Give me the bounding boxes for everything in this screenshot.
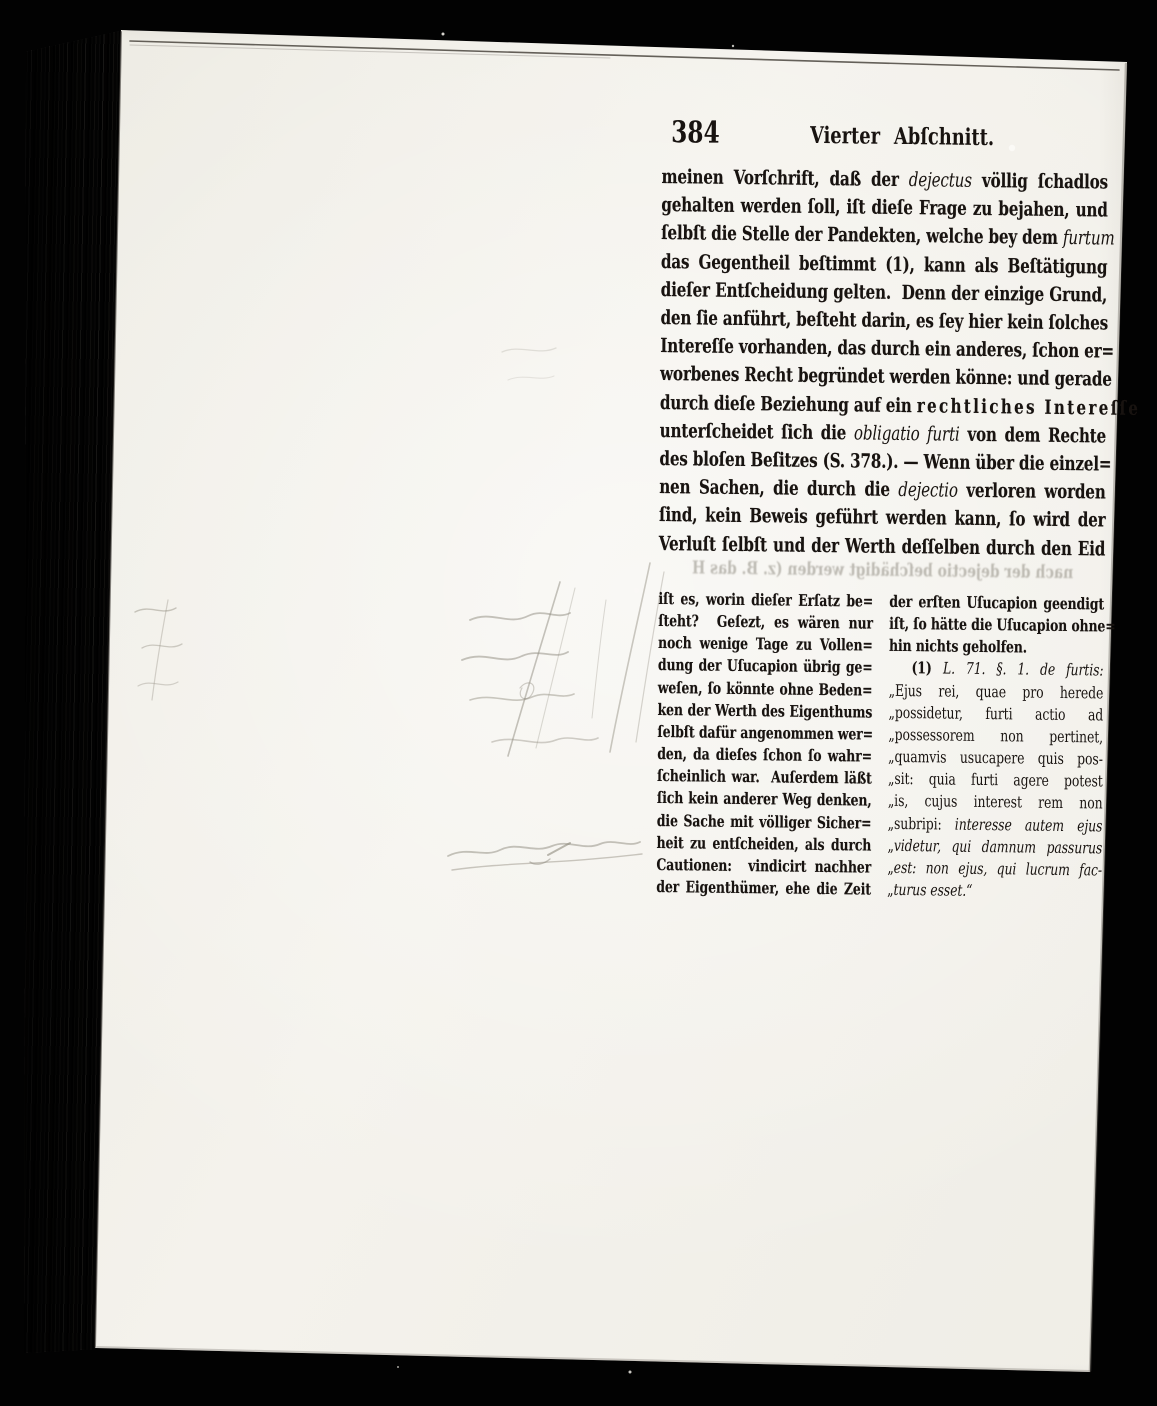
- text-segment: von dem Rechte: [960, 423, 1107, 448]
- text-segment: „possidetur, furti actio ad: [888, 703, 1103, 725]
- text-segment: durch dieſe Beziehung auf ein: [660, 391, 917, 417]
- text-segment: (1): [889, 658, 943, 678]
- text-segment: Intereſſe vorhanden, das durch ein ander…: [660, 334, 1114, 363]
- text-segment: interesse autem ejus: [955, 814, 1103, 835]
- text-segment: iſt es, worin dieſer Erſatz be=: [658, 589, 873, 611]
- text-line: ken der Werth des Eigenthums: [657, 699, 872, 724]
- text-line: „turus esset.“: [887, 879, 1102, 904]
- text-segment: das Gegentheil beſtimmt (1), kann als Be…: [661, 250, 1108, 279]
- text-segment: weſen, ſo könnte ohne Beden=: [658, 678, 873, 700]
- text-segment: ſelbſt dafür angenommen wer=: [657, 722, 873, 744]
- text-segment: est: non ejus, qui lucrum fac-: [894, 858, 1102, 880]
- text-line: ſteht? Geſezt, es wären nur: [658, 610, 873, 635]
- text-segment: ſcheinlich war. Auſerdem läßt: [657, 766, 872, 788]
- text-segment: „Ejus rei, quae pro herede: [889, 680, 1104, 702]
- text-line: (1) L. 71. §. 1. de furtis:: [889, 657, 1104, 682]
- text-line: dung der Uſucapion übrig ge=: [658, 654, 873, 679]
- text-line: weſen, ſo könnte ohne Beden=: [658, 677, 873, 702]
- text-segment: Verluſt ſelbſt und der Werth deſſelben d…: [659, 532, 1106, 561]
- text-segment: den ſie anführt, beſteht darin, es ſey h…: [660, 306, 1108, 335]
- text-segment: ſind, kein Beweis geführt werden kann, ſ…: [659, 503, 1106, 532]
- footnote-left-column: iſt es, worin dieſer Erſatz be=ſteht? Ge…: [656, 588, 873, 901]
- text-line: „est: non ejus, qui lucrum fac-: [887, 857, 1102, 882]
- text-line: hin nichts geholfen.: [889, 635, 1104, 660]
- text-segment: L. 71. §. 1. de furtis:: [943, 659, 1104, 680]
- text-line: „possidetur, furti actio ad: [888, 702, 1103, 727]
- text-segment: die Sache mit völliger Sicher=: [657, 811, 872, 833]
- text-segment: obligatio furti: [854, 421, 960, 445]
- text-line: „quamvis usucapere quis pos-: [888, 746, 1103, 771]
- text-segment: nen Sachen, die durch die: [659, 475, 898, 501]
- text-segment: dung der Uſucapion übrig ge=: [658, 655, 873, 677]
- text-segment: turus esset.“: [893, 880, 972, 900]
- text-segment: des bloſen Beſitzes (S. 378.). — Wenn üb…: [659, 447, 1111, 476]
- text-segment: Cautionen: vindicirt nachher: [656, 855, 871, 877]
- text-segment: iſt, ſo hätte die Uſucapion ohne=: [889, 614, 1116, 636]
- text-segment: der Eigenthümer, ehe die Zeit: [656, 877, 871, 899]
- text-segment: dieſer Entſcheidung gelten. Denn der ein…: [661, 278, 1108, 307]
- text-segment: verloren worden: [958, 479, 1106, 504]
- text-segment: gehalten werden ſoll, iſt dieſe Frage zu…: [661, 193, 1108, 222]
- text-line: heit zu entſcheiden, als durch: [657, 832, 872, 857]
- book-scan: 384 Vierter Abſchnitt. meinen Vorſchrift…: [0, 0, 1157, 1406]
- text-line: „possessorem non pertinet,: [888, 724, 1103, 749]
- page-number: 384: [671, 116, 720, 151]
- footnote-right-column: der erſten Uſucapion geendigtiſt, ſo hät…: [887, 591, 1104, 904]
- text-segment: unterſcheidet ſich die: [660, 419, 854, 444]
- typeset-text-block: 384 Vierter Abſchnitt. meinen Vorſchrift…: [656, 116, 1108, 921]
- text-segment: „is, cujus interest rem non: [888, 791, 1103, 813]
- text-line: ſich kein anderer Weg denken,: [657, 787, 872, 812]
- text-line: Cautionen: vindicirt nachher: [656, 854, 871, 879]
- text-segment: videtur, qui damnum passurus: [894, 836, 1102, 858]
- text-segment: rechtliches Intereſſe: [917, 394, 1141, 420]
- text-segment: noch wenige Tage zu Vollen=: [658, 633, 873, 655]
- text-segment: worbenes Recht begründet werden könne: u…: [660, 362, 1112, 391]
- text-line: die Sache mit völliger Sicher=: [657, 810, 872, 835]
- text-line: der Eigenthümer, ehe die Zeit: [656, 876, 871, 901]
- footnote-section: iſt es, worin dieſer Erſatz be=ſteht? Ge…: [656, 588, 1105, 904]
- text-segment: ken der Werth des Eigenthums: [658, 700, 873, 722]
- text-segment: dejectio: [898, 478, 958, 502]
- text-segment: hin nichts geholfen.: [889, 636, 1027, 657]
- text-segment: dejectus: [909, 168, 972, 192]
- body-paragraph: meinen Vorſchrift, daß der dejectus völl…: [659, 163, 1108, 563]
- text-segment: ſelbſt die Stelle der Pandekten, welche …: [661, 221, 1063, 249]
- text-segment: völlig ſchadlos: [972, 169, 1108, 194]
- text-segment: „quamvis usucapere quis pos-: [888, 747, 1103, 769]
- text-line: „videtur, qui damnum passurus: [887, 835, 1102, 860]
- text-segment: „subripi:: [888, 813, 955, 833]
- text-segment: ſich kein anderer Weg denken,: [657, 788, 872, 810]
- text-line: „Ejus rei, quae pro herede: [889, 679, 1104, 704]
- bleedthrough-text: nach der dejectio beſchädigt werden (z. …: [680, 557, 1085, 583]
- text-segment: heit zu entſcheiden, als durch: [657, 833, 872, 855]
- text-segment: ſteht? Geſezt, es wären nur: [658, 611, 873, 633]
- text-line: iſt, ſo hätte die Uſucapion ohne=: [889, 613, 1104, 638]
- text-segment: furtum: [1063, 226, 1115, 250]
- text-line: ſcheinlich war. Auſerdem läßt: [657, 765, 872, 790]
- running-header-title: Vierter Abſchnitt.: [662, 116, 1109, 158]
- text-segment: meinen Vorſchrift, daß der: [661, 165, 908, 191]
- text-line: der erſten Uſucapion geendigt: [889, 591, 1104, 616]
- text-line: iſt es, worin dieſer Erſatz be=: [658, 588, 873, 613]
- running-header: 384 Vierter Abſchnitt.: [662, 116, 1109, 160]
- text-segment: „sit: quia furti agere potest: [888, 769, 1103, 791]
- text-segment: „possessorem non pertinet,: [888, 725, 1103, 747]
- text-line: den, da dieſes ſchon ſo wahr=: [657, 743, 872, 768]
- text-line: „sit: quia furti agere potest: [888, 768, 1103, 793]
- text-line: ſelbſt dafür angenommen wer=: [657, 721, 872, 746]
- text-segment: der erſten Uſucapion geendigt: [889, 592, 1104, 614]
- text-line: „subripi: interesse autem ejus: [888, 812, 1103, 837]
- text-line: „is, cujus interest rem non: [888, 790, 1103, 815]
- text-line: noch wenige Tage zu Vollen=: [658, 632, 873, 657]
- text-segment: den, da dieſes ſchon ſo wahr=: [657, 744, 872, 766]
